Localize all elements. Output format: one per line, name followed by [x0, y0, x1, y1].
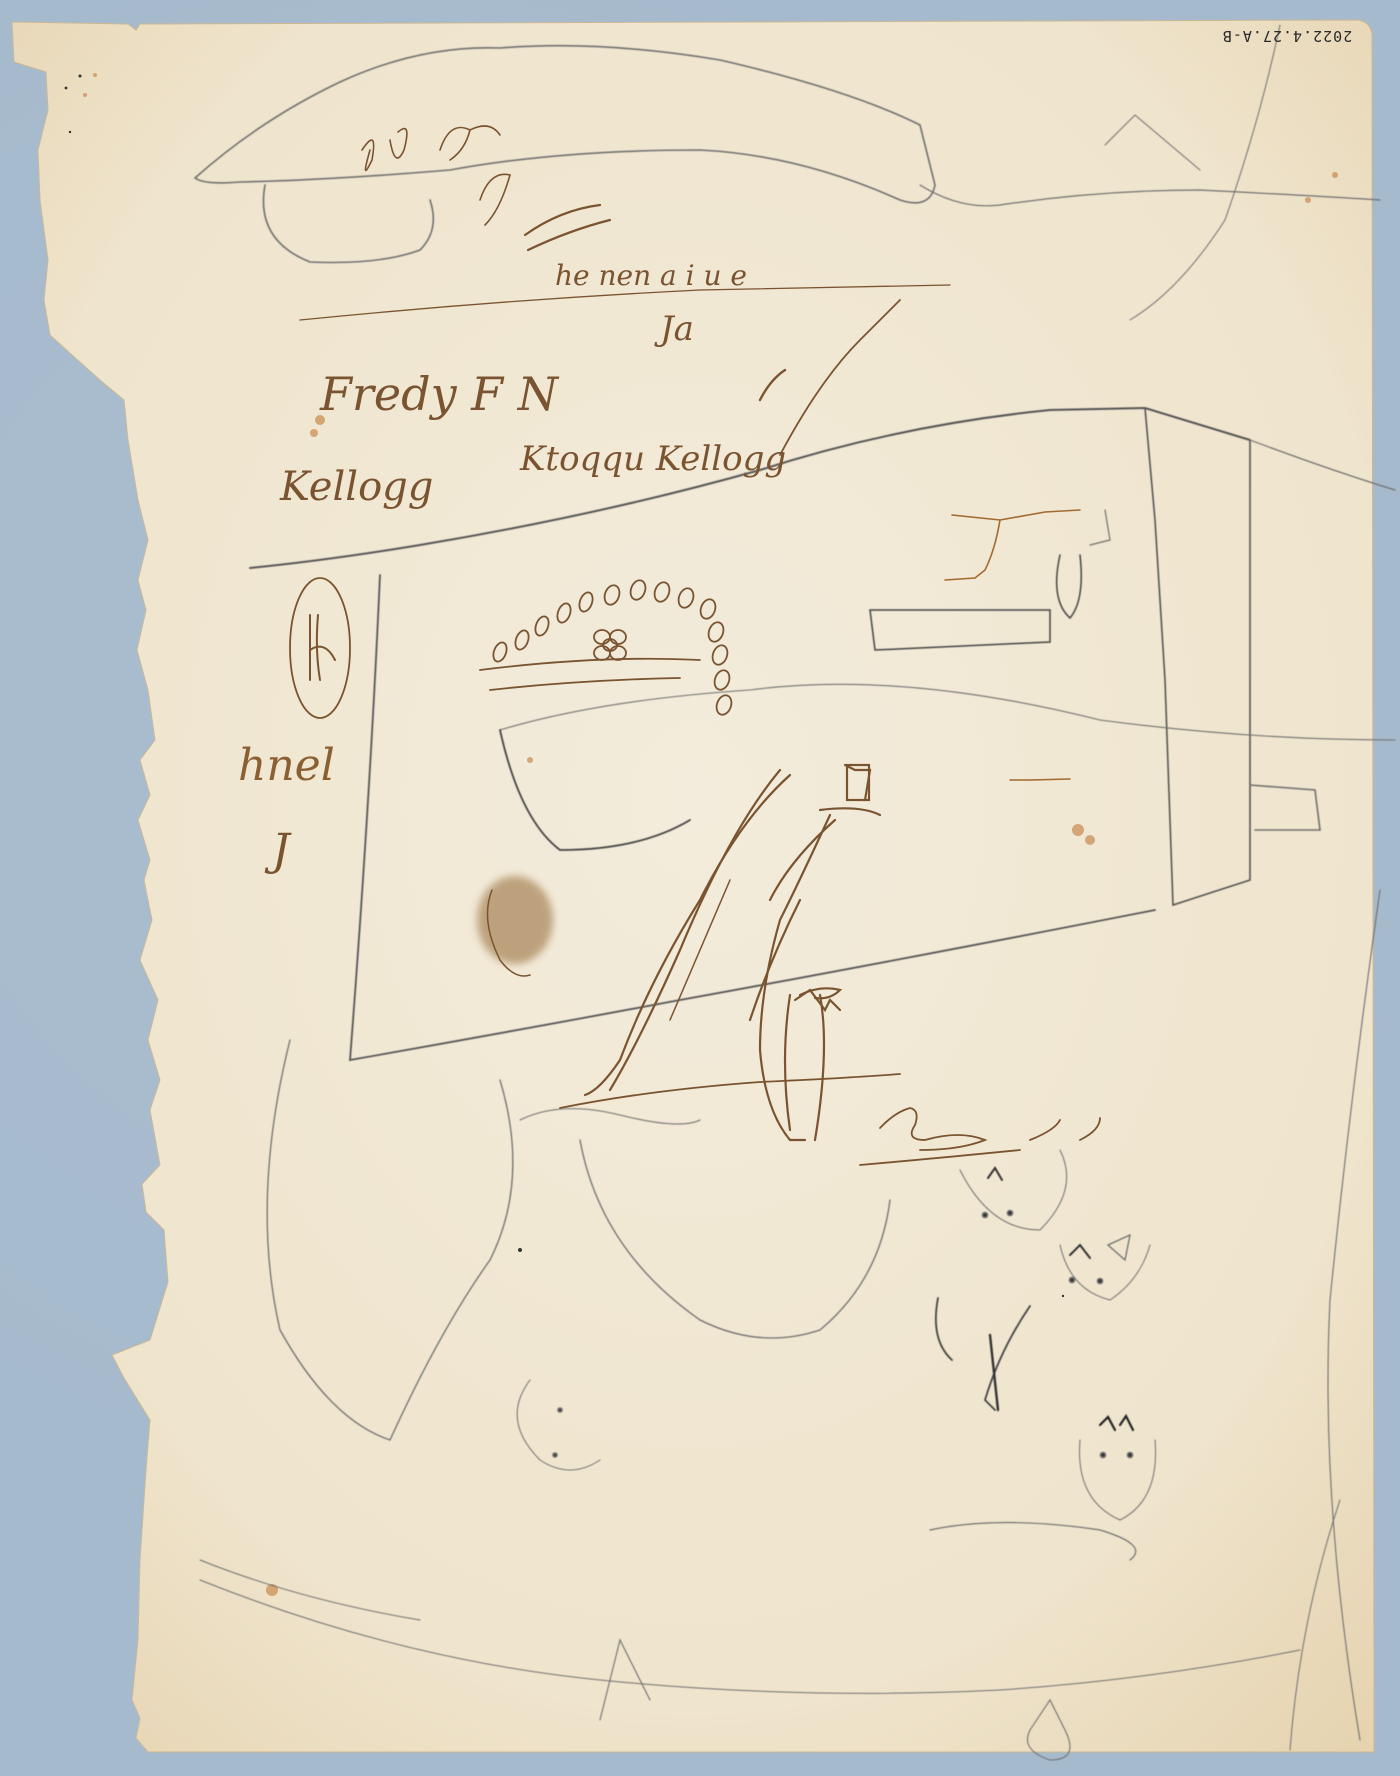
accession-number: 2022.4.27.A-B [1212, 24, 1362, 48]
script-line-1: he nen a i u e [555, 259, 747, 292]
paper-sheet: he nen a i u e Ja Fredy F N Kellogg Ktoq… [0, 0, 1400, 1776]
script-name-line: Fredy F N [319, 367, 560, 421]
script-name-line2: Kellogg [279, 464, 433, 510]
script-name-line3: Ktoqqu Kellogg [519, 439, 786, 479]
backdrop: he nen a i u e Ja Fredy F N Kellogg Ktoq… [0, 0, 1400, 1776]
script-word-left: hnel [238, 740, 335, 791]
script-initial-a: Ja [654, 309, 694, 349]
